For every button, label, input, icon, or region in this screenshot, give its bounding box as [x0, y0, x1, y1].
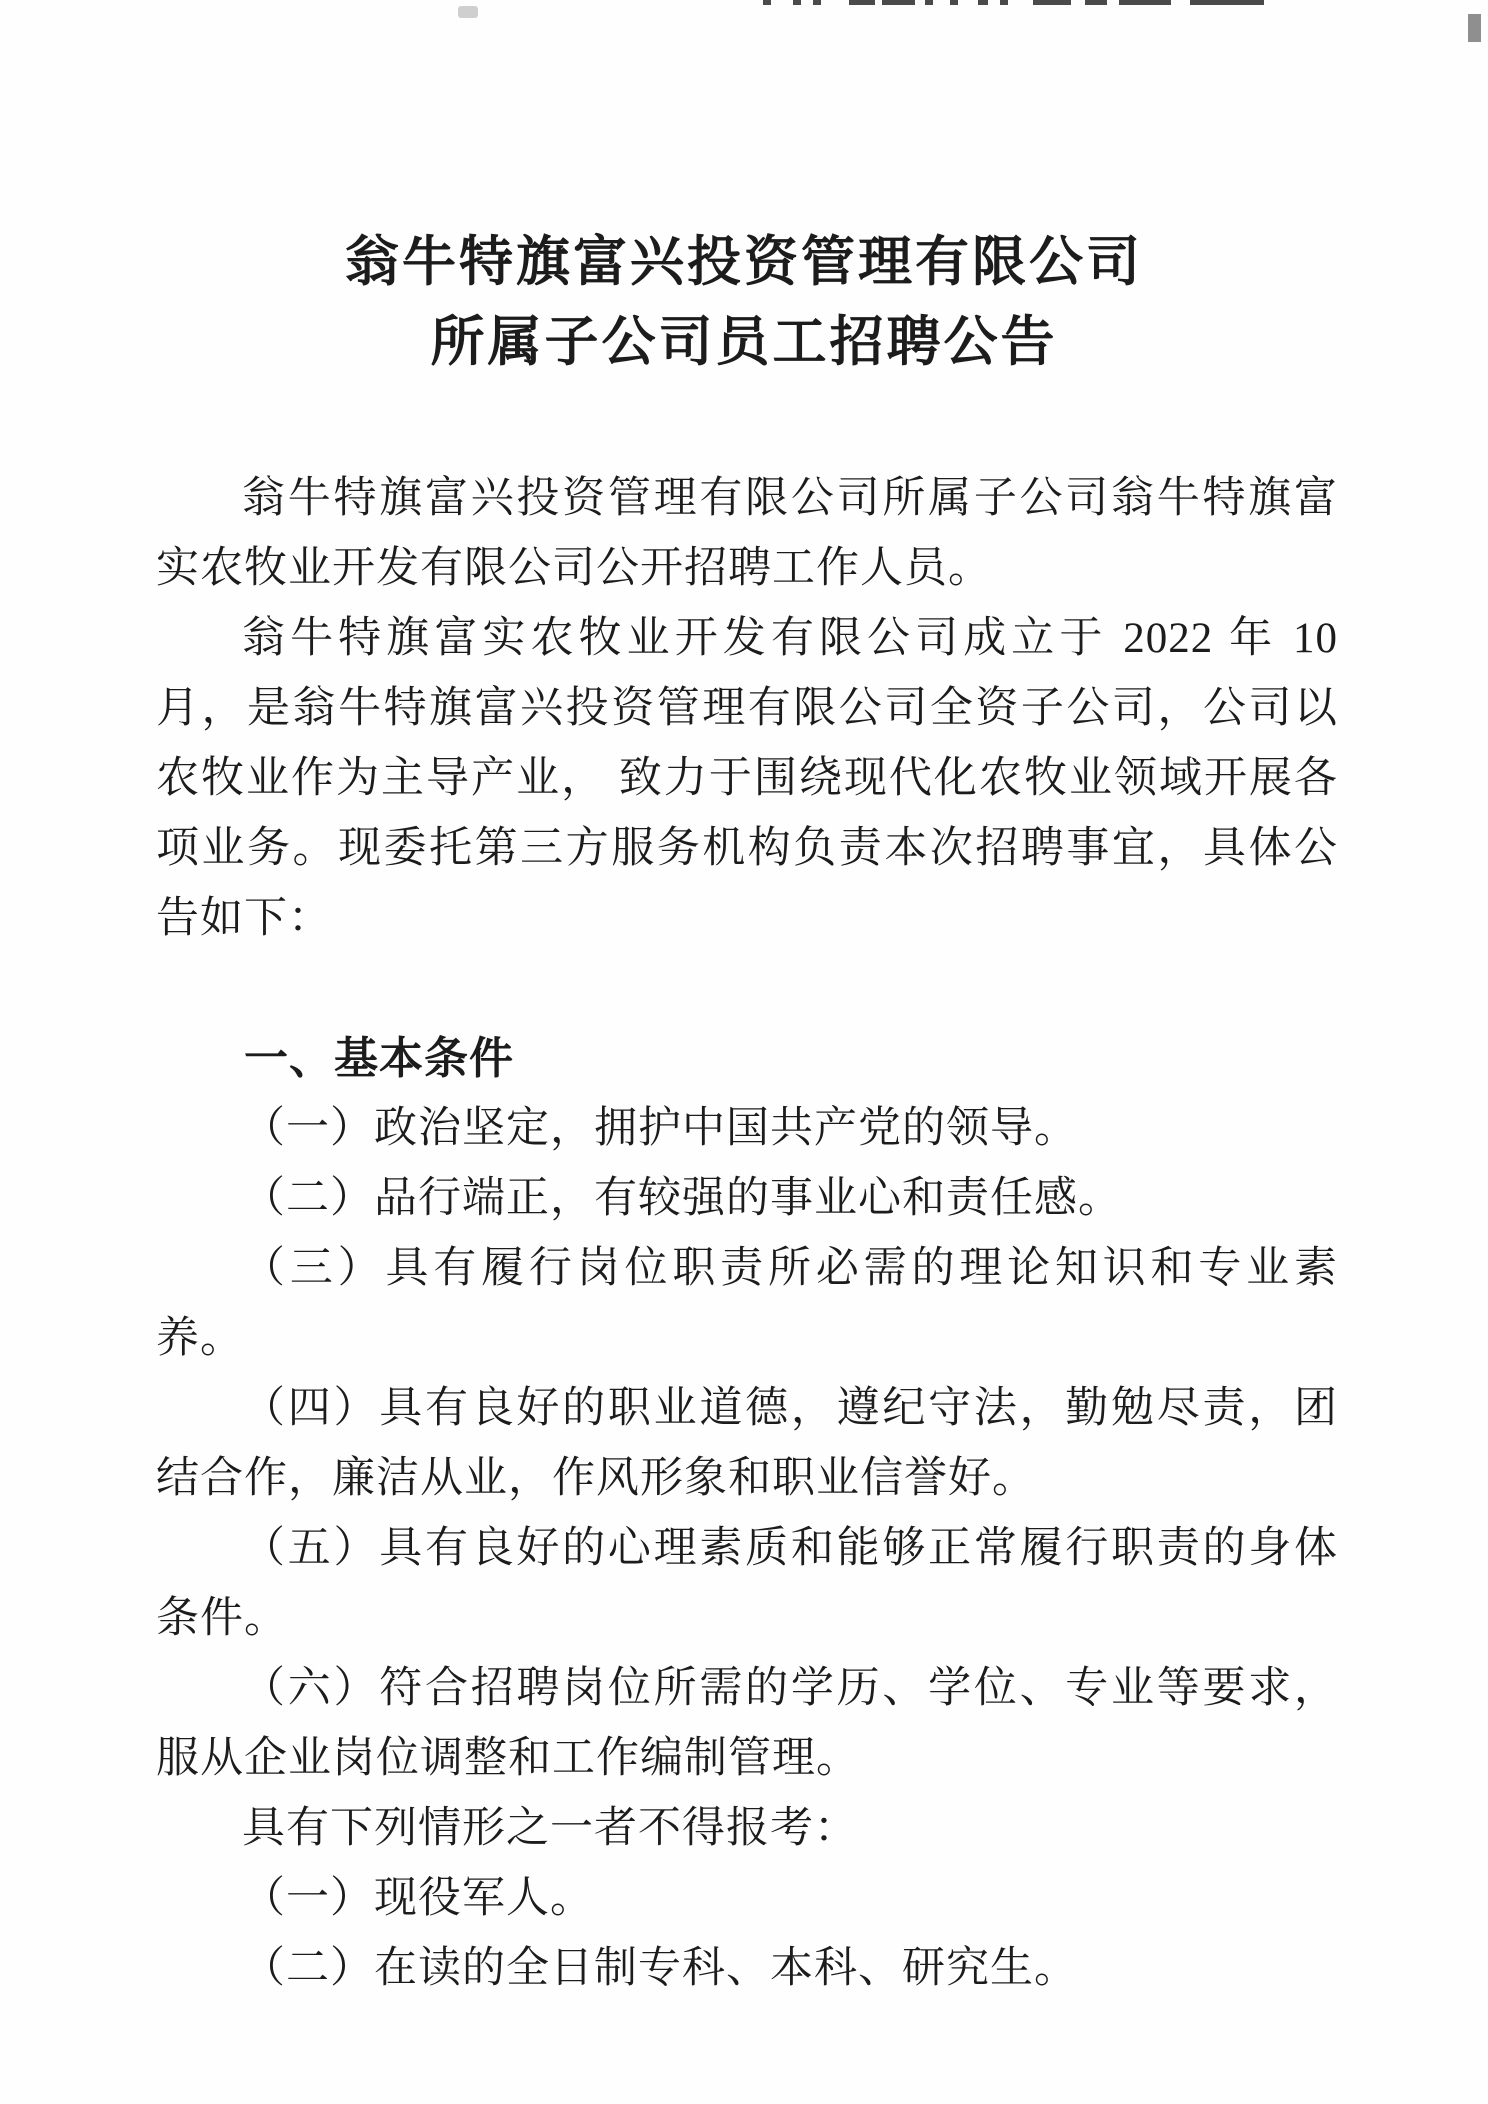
intro-paragraph-1: 翁牛特旗富兴投资管理有限公司所属子公司翁牛特旗富实农牧业开发有限公司公开招聘工作…: [156, 464, 1338, 604]
scan-artifact-dash: [1000, 0, 1008, 5]
document-title: 翁牛特旗富兴投资管理有限公司 所属子公司员工招聘公告: [0, 222, 1488, 382]
document-title-line-1: 翁牛特旗富兴投资管理有限公司: [0, 222, 1488, 302]
scan-artifact-dash: [925, 0, 933, 5]
condition-item-6: （六）符合招聘岗位所需的学历、学位、专业等要求，服从企业岗位调整和工作编制管理。: [156, 1654, 1338, 1794]
condition-item-3: （三）具有履行岗位职责所必需的理论知识和专业素养。: [156, 1234, 1338, 1374]
disqualification-item-2: （二）在读的全日制专科、本科、研究生。: [156, 1934, 1338, 2004]
scan-artifact-dash: [978, 0, 988, 5]
condition-item-4: （四）具有良好的职业道德，遵纪守法，勤勉尽责，团结合作，廉洁从业，作风形象和职业…: [156, 1374, 1338, 1514]
scan-artifact-dash: [1033, 0, 1071, 5]
scanned-document-page: 翁牛特旗富兴投资管理有限公司 所属子公司员工招聘公告 翁牛特旗富兴投资管理有限公…: [0, 0, 1488, 2104]
condition-item-5: （五）具有良好的心理素质和能够正常履行职责的身体条件。: [156, 1514, 1338, 1654]
scan-artifact-dash: [1190, 0, 1264, 5]
scan-artifact-dash: [1119, 0, 1171, 5]
scan-artifact-dash: [1085, 0, 1107, 5]
scan-artifact-dash: [763, 0, 771, 5]
scan-artifact-dash: [950, 0, 958, 5]
scan-artifact-dash: [813, 0, 821, 5]
scan-artifact-speck: [1468, 14, 1481, 42]
scan-artifact-speck: [458, 6, 478, 18]
scan-artifact-dash: [849, 0, 875, 5]
document-title-line-2: 所属子公司员工招聘公告: [0, 302, 1488, 382]
document-body: 翁牛特旗富兴投资管理有限公司所属子公司翁牛特旗富实农牧业开发有限公司公开招聘工作…: [156, 464, 1338, 2004]
scan-artifact-dash: [793, 0, 801, 5]
condition-item-2: （二）品行端正，有较强的事业心和责任感。: [156, 1164, 1338, 1234]
section-heading-basic-conditions: 一、基本条件: [156, 1024, 1338, 1094]
scan-artifact-dash: [882, 0, 915, 5]
intro-paragraph-2: 翁牛特旗富实农牧业开发有限公司成立于 2022 年 10 月，是翁牛特旗富兴投资…: [156, 604, 1338, 954]
disqualification-item-1: （一）现役军人。: [156, 1864, 1338, 1934]
disqualification-note: 具有下列情形之一者不得报考：: [156, 1794, 1338, 1864]
condition-item-1: （一）政治坚定，拥护中国共产党的领导。: [156, 1094, 1338, 1164]
